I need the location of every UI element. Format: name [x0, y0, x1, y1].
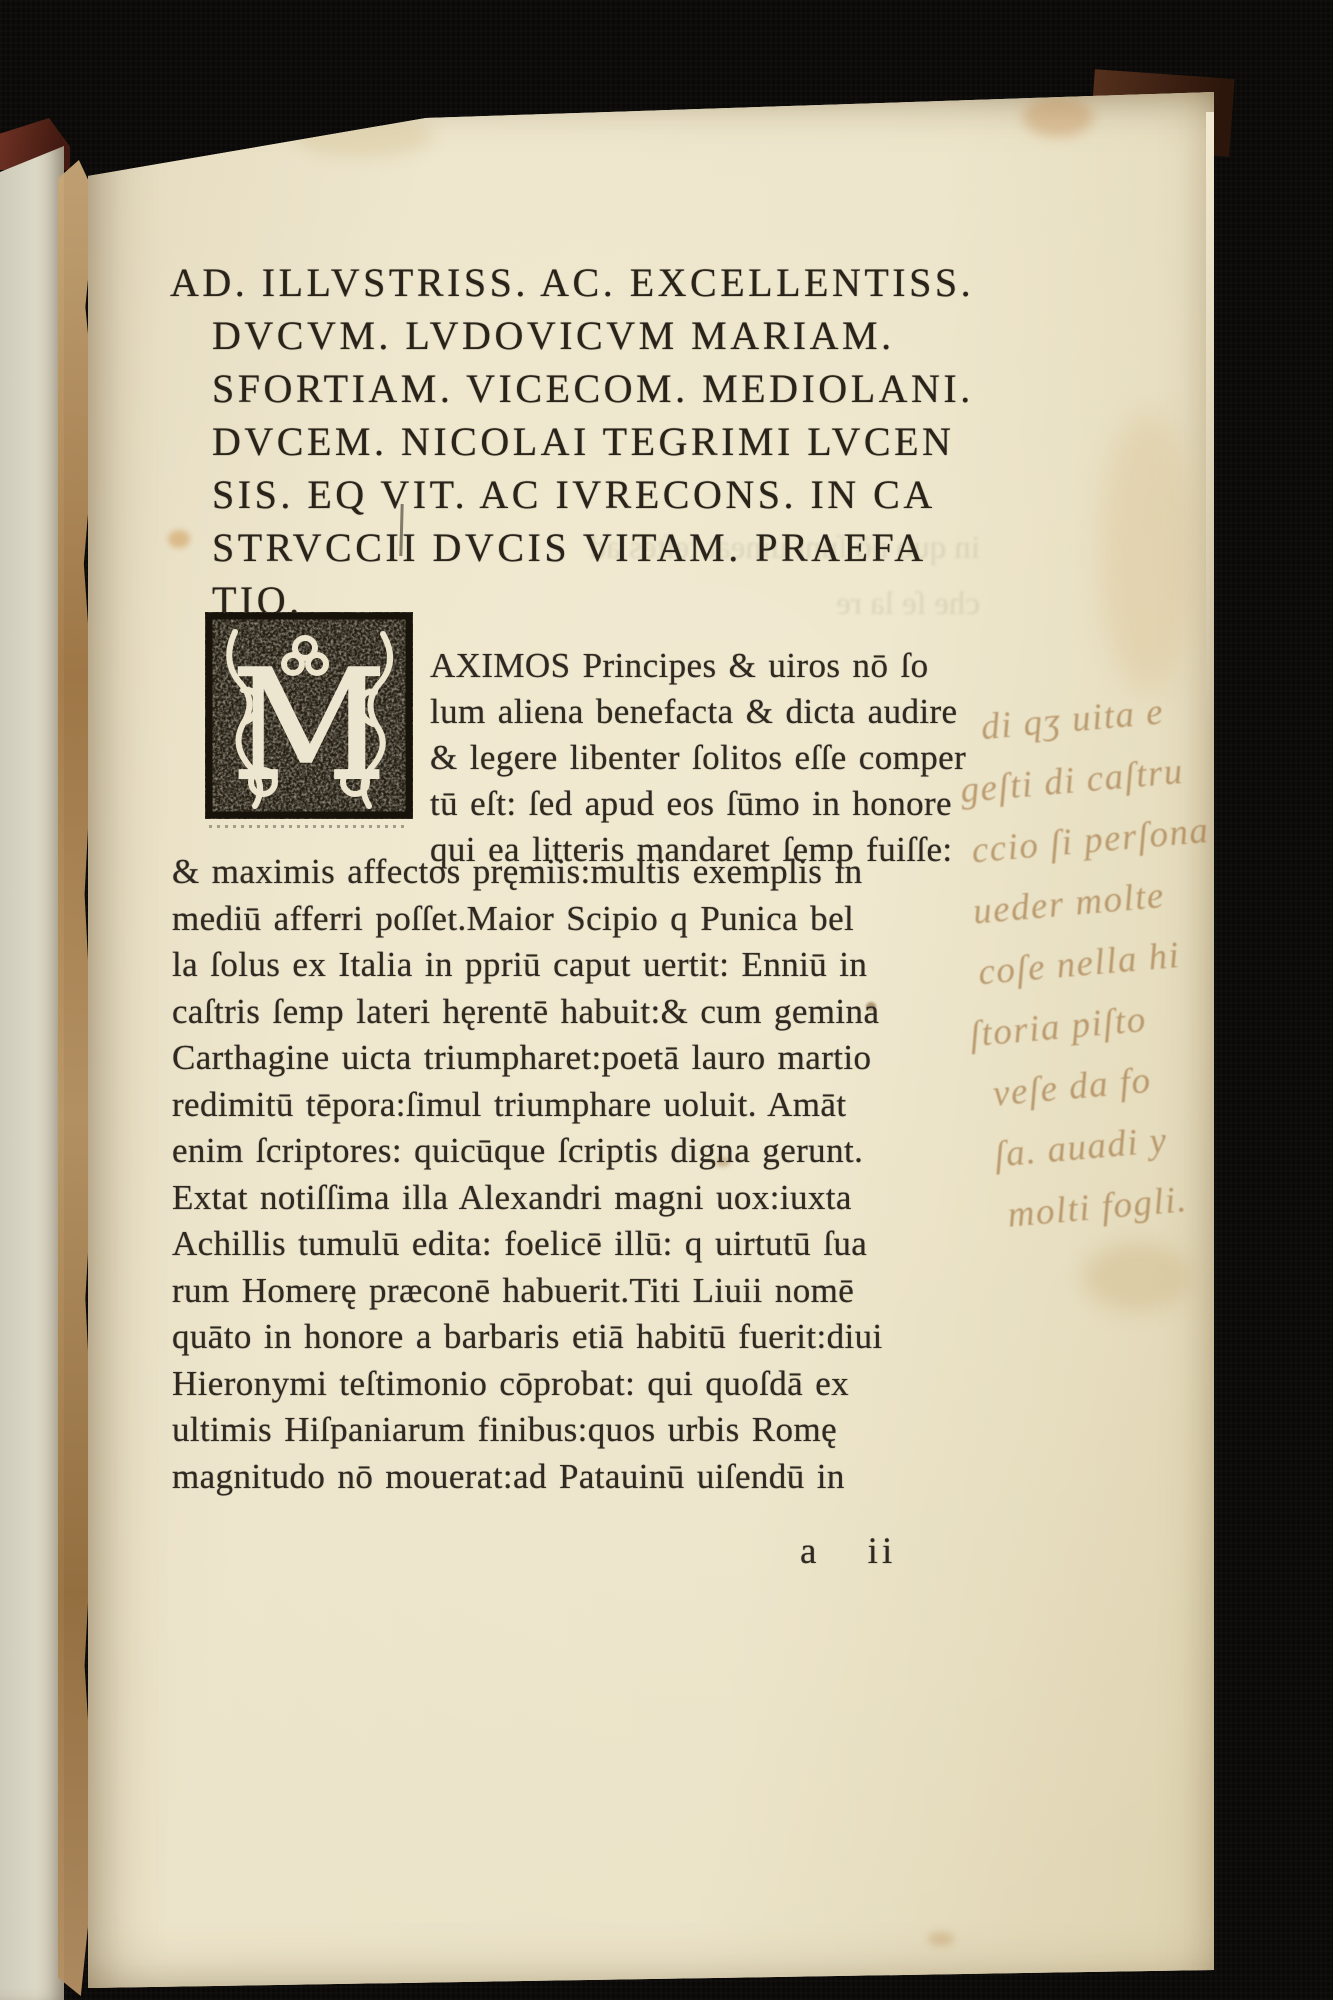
- body-line: ultimis Hiſpaniarum finibus:quos urbis R…: [172, 1407, 883, 1454]
- body-line: & legere libenter ſolitos eſſe comper: [430, 735, 966, 781]
- initial-letter-M: M: [231, 637, 387, 814]
- dedication-heading: AD. ILLVSTRISS. AC. EXCELLENTISS.DVCVM. …: [170, 256, 974, 627]
- body-line: redimitū tēpora:ſimul triumphare uoluit.…: [172, 1082, 883, 1129]
- heading-line: SFORTIAM. VICECOM. MEDIOLANI.: [212, 362, 974, 415]
- handwritten-marginalia: di qʒ uita egeſti di caſtruccio ſi perſo…: [953, 678, 1214, 1246]
- heading-line: STRVCCII DVCIS VITAM. PRAEFA: [212, 521, 974, 574]
- heading-line: DVCVM. LVDOVICVM MARIAM.: [212, 309, 974, 362]
- body-line: Extat notiſſima illa Alexandri magni uox…: [172, 1175, 883, 1222]
- body-line: & maximis affectos pręmiis:multis exempl…: [172, 849, 883, 896]
- heading-line: AD. ILLVSTRISS. AC. EXCELLENTISS.: [170, 256, 974, 309]
- stain: [1100, 412, 1195, 692]
- body-line: mediū afferri poſſet.Maior Scipio q Puni…: [172, 896, 883, 943]
- stain: [928, 1932, 954, 1946]
- body-line: AXIMOS Principes & uiros nō ſo: [430, 643, 966, 689]
- heading-line: SIS. EQ VIT. AC IVRECONS. IN CA: [212, 468, 974, 521]
- facing-flyleaf-edge: [0, 146, 64, 2000]
- body-line: rum Homerę præconē habuerit.Titi Liuii n…: [172, 1268, 883, 1315]
- body-line: Carthagine uicta triumpharet:poetā lauro…: [172, 1035, 883, 1082]
- woodcut-initial-svg: M: [205, 612, 413, 819]
- page-edge-highlight: [1206, 112, 1214, 732]
- body-line: Hieronymi teſtimonio cōprobat: qui quoſd…: [172, 1361, 883, 1408]
- preface-text-beside-initial: AXIMOS Principes & uiros nō ſolum aliena…: [430, 643, 966, 873]
- photograph-background: in quo nō ſunt uineat teſtes adche ſe la…: [0, 0, 1333, 2000]
- woodcut-caption-microtext: [209, 825, 405, 828]
- body-line: caſtris ſemp lateri hęrentē habuit:& cum…: [172, 989, 883, 1036]
- body-line: tū eſt: ſed apud eos ſūmo in honore: [430, 781, 966, 827]
- quire-signature: a ii: [800, 1530, 896, 1573]
- woodcut-initial-M: M: [205, 612, 413, 819]
- heading-line: DVCEM. NICOLAI TEGRIMI LVCEN: [212, 415, 974, 468]
- printed-page: in quo nō ſunt uineat teſtes adche ſe la…: [88, 92, 1214, 1991]
- body-line: enim ſcriptores: quicūque ſcriptis digna…: [172, 1128, 883, 1175]
- body-line: la ſolus ex Italia in ppriū caput uertit…: [172, 942, 883, 989]
- stain: [293, 112, 433, 158]
- body-line: magnitudo nō mouerat:ad Patauinū uiſendū…: [172, 1454, 883, 1501]
- body-line: quāto in honore a barbaris etiā habitū f…: [172, 1314, 883, 1361]
- stain: [1083, 1242, 1193, 1312]
- preface-text-full-width: & maximis affectos pręmiis:multis exempl…: [172, 849, 883, 1500]
- body-line: lum aliena benefacta & dicta audire: [430, 689, 966, 735]
- stain: [1023, 97, 1093, 137]
- body-line: Achillis tumulū edita: foelicē illū: q u…: [172, 1221, 883, 1268]
